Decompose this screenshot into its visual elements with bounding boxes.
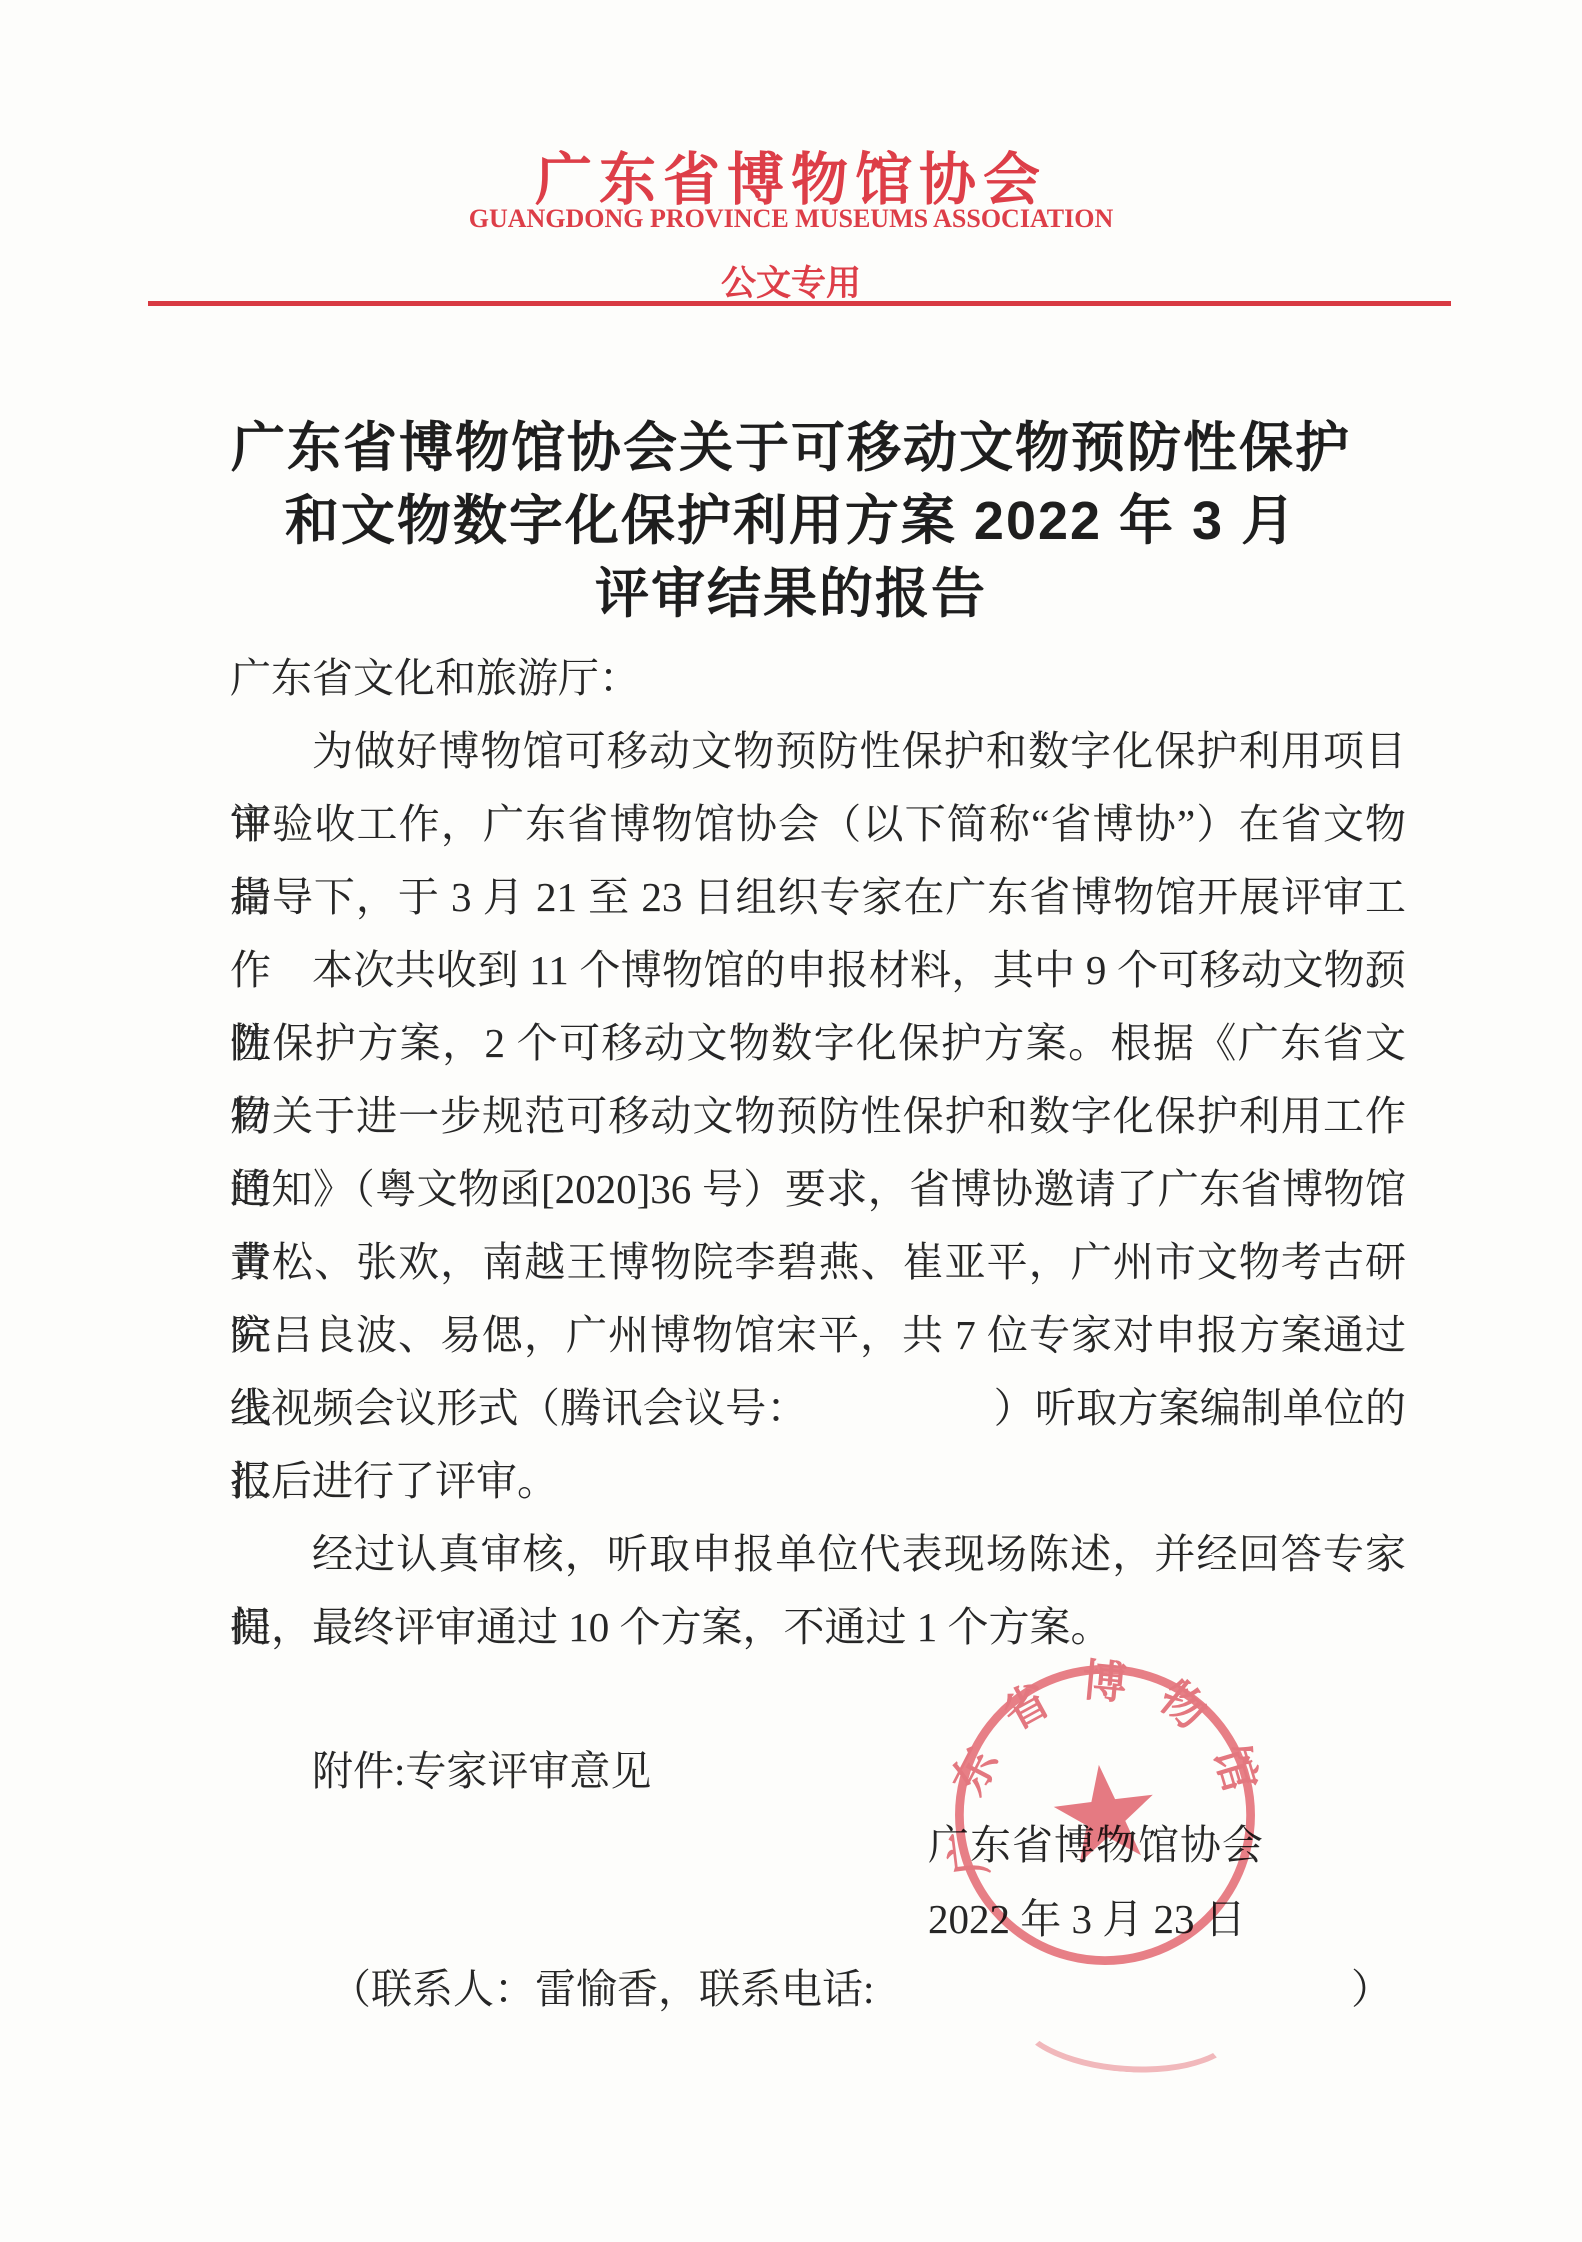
body-line: 审验收工作，广东省博物馆协会（以下简称“省博协”）在省文物局 [230,788,1406,861]
document-body: 广东省文化和旅游厅： 为做好博物馆可移动文物预防性保护和数字化保护利用项目评 审… [230,642,1406,1664]
body-line: 报后进行了评审。 [230,1445,1406,1518]
body-line: 本次共收到 11 个博物馆的申报材料，其中 9 个可移动文物预防 [230,934,1406,1007]
body-line: 性保护方案，2 个可移动文物数字化保护方案。根据《广东省文物 [230,1007,1406,1080]
official-seal: 广东省博物馆协会 [921,1631,1289,1999]
contact-text: （联系人：雷愉香，联系电话: [330,1956,874,2015]
body-line: 局关于进一步规范可移动文物预防性保护和数字化保护利用工作的 [230,1080,1406,1153]
body-line: 为做好博物馆可移动文物预防性保护和数字化保护利用项目评 [230,715,1406,788]
seal-star-icon [1049,1759,1160,1865]
body-line: 经过认真审核，听取申报单位代表现场陈述，并经回答专家提 [230,1518,1406,1591]
letterhead-divider-line [148,301,1451,306]
title-line-2: 和文物数字化保护利用方案 2022 年 3 月 [120,485,1462,558]
doc-type-label: 公文专用 [0,256,1582,306]
document-title: 广东省博物馆协会关于可移动文物预防性保护 和文物数字化保护利用方案 2022 年… [120,412,1462,631]
body-line: 院吕良波、易偲，广州博物馆宋平，共 7 位专家对申报方案通过线 [230,1299,1406,1372]
title-line-3: 评审结果的报告 [120,558,1462,631]
official-document-page: 广东省博物馆协会 GUANGDONG PROVINCE MUSEUMS ASSO… [0,0,1582,2242]
body-line: 青松、张欢，南越王博物院李碧燕、崔亚平，广州市文物考古研究 [230,1226,1406,1299]
contact-close-paren: ） [1351,1956,1392,2015]
body-line: 通知》（粤文物函[2020]36 号）要求，省博协邀请了广东省博物馆黄 [230,1153,1406,1226]
letterhead-org-name-en: GUANGDONG PROVINCE MUSEUMS ASSOCIATION [0,204,1582,234]
body-line-salutation: 广东省文化和旅游厅： [230,642,1406,715]
attachment-note: 附件:专家评审意见 [312,1738,651,1797]
body-line: 指导下，于 3 月 21 至 23 日组织专家在广东省博物馆开展评审工作。 [230,861,1406,934]
title-line-1: 广东省博物馆协会关于可移动文物预防性保护 [120,412,1462,485]
body-line: 上视频会议形式（腾讯会议号： ）听取方案编制单位的汇 [230,1372,1406,1445]
